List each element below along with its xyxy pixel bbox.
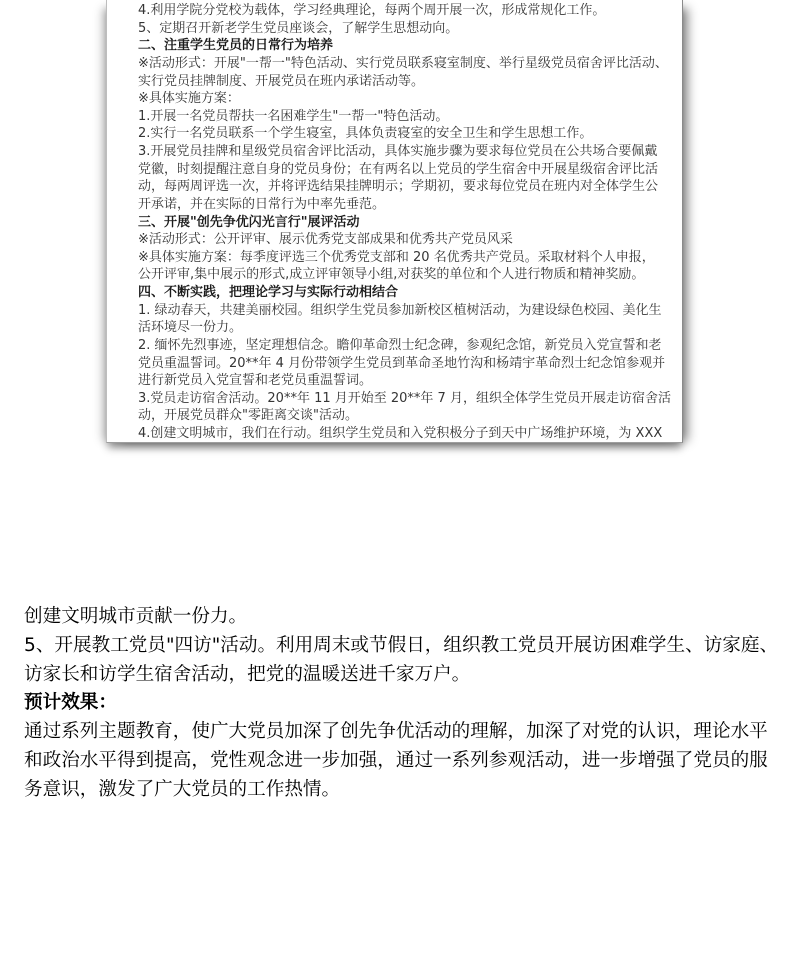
preview-text-line: 3.开展党员挂牌和星级党员宿舍评比活动，具体实施步骤为要求每位党员在公共场合要佩…: [138, 143, 682, 161]
preview-text-line: 进行新党员入党宣誓和老党员重温誓词。: [138, 372, 682, 390]
preview-text-line: 开承诺，并在实际的日常行为中率先垂范。: [138, 196, 682, 214]
preview-text-line: ※具体实施方案：每季度评选三个优秀党支部和 20 名优秀共产党员。采取材料个人申…: [138, 249, 682, 267]
preview-text-line: 实行党员挂牌制度、开展党员在班内承诺活动等。: [138, 73, 682, 91]
article-text-line: 5、开展教工党员"四访"活动。利用周末或节假日，组织教工党员开展访困难学生、访家…: [24, 632, 794, 661]
preview-text-line: 党员重温誓词。20**年 4 月份带领学生党员到革命圣地竹沟和杨靖宇革命烈士纪念…: [138, 355, 682, 373]
preview-text-line: 4.利用学院分党校为载体，学习经典理论，每两个周开展一次，形成常规化工作。: [138, 2, 682, 20]
article-text-line: 务意识，激发了广大党员的工作热情。: [24, 776, 794, 805]
preview-text-line: 2. 缅怀先烈事迹，坚定理想信念。瞻仰革命烈士纪念碑，参观纪念馆，新党员入党宣誓…: [138, 337, 682, 355]
article-text-line: 和政治水平得到提高，党性观念进一步加强，通过一系列参观活动，进一步增强了党员的服: [24, 747, 794, 776]
preview-text-line: 2.实行一名党员联系一个学生寝室，具体负责寝室的安全卫生和学生思想工作。: [138, 125, 682, 143]
preview-text-line: 四、不断实践，把理论学习与实际行动相结合: [138, 284, 682, 302]
preview-text-line: ※活动形式：开展"一帮一"特色活动、实行党员联系寝室制度、举行星级党员宿舍评比活…: [138, 55, 682, 73]
preview-text-line: 三、开展"创先争优闪光言行"展评活动: [138, 214, 682, 232]
preview-text-line: 3.党员走访宿舍活动。20**年 11 月开始至 20**年 7 月，组织全体学…: [138, 390, 682, 408]
preview-text-line: 公开评审,集中展示的形式,成立评审领导小组,对获奖的单位和个人进行物质和精神奖励…: [138, 266, 682, 284]
preview-text-line: 1.开展一名党员帮扶一名困难学生"一帮一"特色活动。: [138, 108, 682, 126]
article-text-line: 访家长和访学生宿舍活动，把党的温暖送进千家万户。: [24, 661, 794, 690]
preview-text-line: 活环境尽一份力。: [138, 319, 682, 337]
preview-text-line: ※活动形式：公开评审、展示优秀党支部成果和优秀共产党员风采: [138, 231, 682, 249]
article-text-line: 预计效果：: [24, 689, 794, 718]
preview-text-line: 5、定期召开新老学生党员座谈会，了解学生思想动向。: [138, 20, 682, 38]
preview-text-line: 二、注重学生党员的日常行为培养: [138, 37, 682, 55]
preview-text-line: ※具体实施方案：: [138, 90, 682, 108]
document-preview-page: 4.利用学院分党校为载体，学习经典理论，每两个周开展一次，形成常规化工作。5、定…: [106, 0, 683, 443]
preview-text-line: 4.创建文明城市，我们在行动。组织学生党员和入党积极分子到天中广场维护环境，为 …: [138, 425, 682, 443]
preview-text-line: 党徽，时刻提醒注意自身的党员身份；在有两名以上党员的学生宿舍中开展星级宿舍评比活: [138, 161, 682, 179]
article-text-line: 创建文明城市贡献一份力。: [24, 603, 794, 632]
article-body: 创建文明城市贡献一份力。5、开展教工党员"四访"活动。利用周末或节假日，组织教工…: [24, 603, 794, 805]
preview-text-line: 动，每两周评选一次，并将评选结果挂牌明示；学期初，要求每位党员在班内对全体学生公: [138, 178, 682, 196]
article-text-line: 通过系列主题教育，使广大党员加深了创先争优活动的理解，加深了对党的认识，理论水平: [24, 718, 794, 747]
preview-text-line: 1. 绿动春天，共建美丽校园。组织学生党员参加新校区植树活动，为建设绿色校园、美…: [138, 302, 682, 320]
preview-text-line: 动，开展党员群众"零距离交谈"活动。: [138, 407, 682, 425]
